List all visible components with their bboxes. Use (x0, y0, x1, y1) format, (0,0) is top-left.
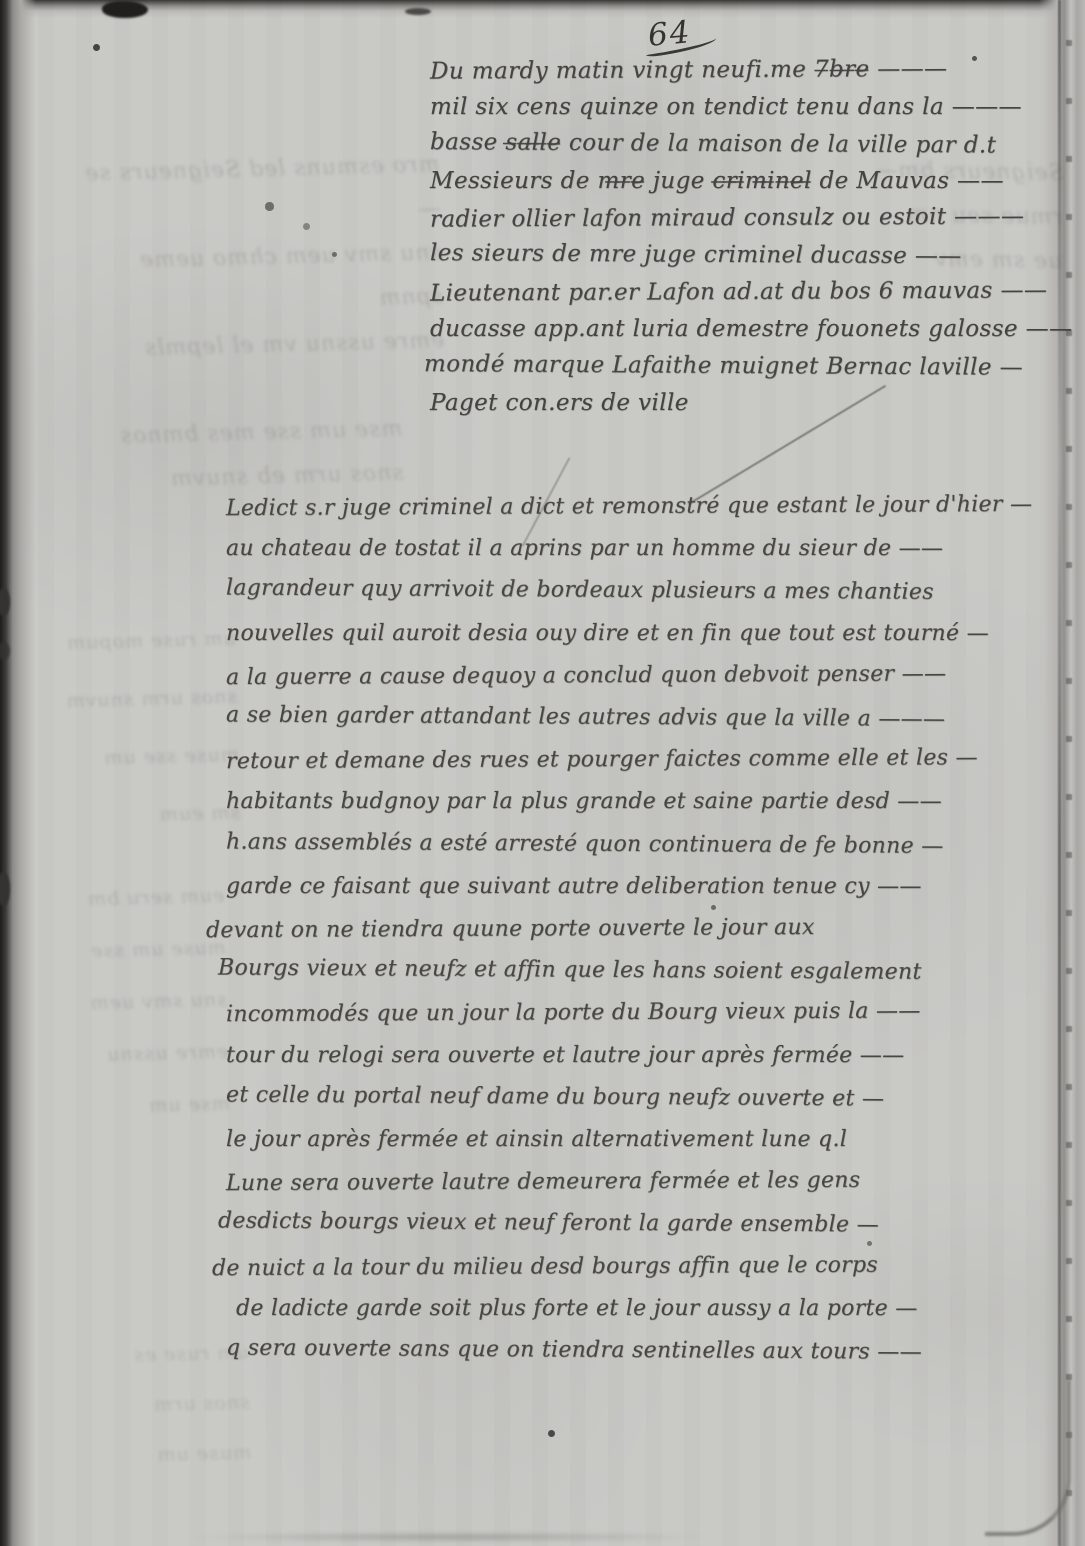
manuscript-line: de nuict a la tour du milieu desd bourgs… (212, 1243, 1046, 1290)
manuscript-line: Paget con.ers de ville (430, 385, 1050, 422)
manuscript-line: desdicts bourgs vieux et neuf feront la … (218, 1201, 1046, 1248)
manuscript-line: basse s̶a̶l̶l̶e̶ cour de la maison de la… (430, 124, 1050, 165)
manuscript-line: mil six cens quinze on tendict tenu dans… (430, 89, 1050, 126)
worn-corner (985, 1380, 1071, 1536)
manuscript-line: h.ans assemblés a esté arresté quon cont… (226, 821, 1046, 868)
manuscript-line: devant on ne tiendra quune porte ouverte… (206, 906, 1046, 953)
manuscript-line: lagrandeur quy arrivoit de bordeaux plus… (226, 568, 1046, 615)
manuscript-line: habitants budgnoy par la plus grande et … (226, 781, 1046, 823)
binding-gutter-edge (0, 0, 36, 1546)
page-top-torn-edge (0, 0, 1085, 18)
manuscript-line: le jour après fermée et ainsin alternati… (226, 1119, 1046, 1161)
bleed-through-text: eum seru bm muse um sse snu smv uem emre… (39, 870, 231, 1135)
manuscript-line: incommodés que un jour la porte du Bourg… (226, 990, 1046, 1036)
manuscript-line: mondé marque Lafaithe muignet Bernac lav… (424, 346, 1050, 387)
manuscript-line: ducasse app.ant luria demestre fouonets … (430, 311, 1050, 348)
manuscript-line: a la guerre a cause dequoy a conclud quo… (226, 653, 1046, 699)
manuscript-line: radier ollier lafon miraud consulz ou es… (430, 198, 1050, 238)
deliberation-body-text: Ledict s.r juge criminel a dict et remon… (226, 486, 1046, 1372)
bleed-through-text: mro esmuns led Seigneurs se— snu smv uem… (69, 143, 445, 373)
manuscript-line: tour du relogi sera ouverte et lautre jo… (226, 1035, 1046, 1077)
session-header-text: Du mardy matin vingt neufi.me 7̶b̶r̶e̶ —… (430, 52, 1050, 422)
manuscript-line: Lune sera ouverte lautre demeurera fermé… (226, 1159, 1046, 1205)
manuscript-line: et celle du portal neuf dame du bourg ne… (226, 1074, 1046, 1121)
manuscript-line: q sera ouverte sans que on tiendra senti… (226, 1328, 1046, 1375)
manuscript-line: Ledict s.r juge criminel a dict et remon… (226, 484, 1046, 530)
manuscript-line: a se bien garder attandant les autres ad… (226, 695, 1046, 742)
bottom-smudge (190, 1532, 710, 1542)
manuscript-line: les sieurs de mre juge criminel ducasse … (430, 235, 1050, 276)
manuscript-line: Messieurs de m̶r̶e̶ juge c̶r̶i̶m̶i̶n̶e̶l… (430, 163, 1050, 200)
manuscript-line: Du mardy matin vingt neufi.me 7̶b̶r̶e̶ —… (430, 50, 1050, 90)
manuscript-line: de ladicte garde soit plus forte et le j… (236, 1288, 1046, 1330)
page-number: 64 (647, 14, 693, 54)
bleed-through-text: um ruse es snos urm muse um (48, 1327, 252, 1482)
bleed-through-text: um ruse mopum snos urm snuvm muse sse um… (45, 610, 241, 847)
manuscript-line: nouvelles quil auroit desia ouy dire et … (226, 613, 1046, 655)
manuscript-page: mro esmuns led Seigneurs se— snu smv uem… (0, 0, 1085, 1546)
manuscript-line: garde ce faisant que suivant autre delib… (226, 866, 1046, 908)
manuscript-line: retour et demane des rues et pourger fai… (226, 737, 1046, 783)
ink-flecks (0, 0, 3, 3)
manuscript-line: Bourgs vieux et neufz et affin que les h… (218, 948, 1046, 995)
manuscript-line: Lieutenant par.er Lafon ad.at du bos 6 m… (430, 272, 1050, 312)
manuscript-line: au chateau de tostat il a aprins par un … (226, 528, 1046, 570)
